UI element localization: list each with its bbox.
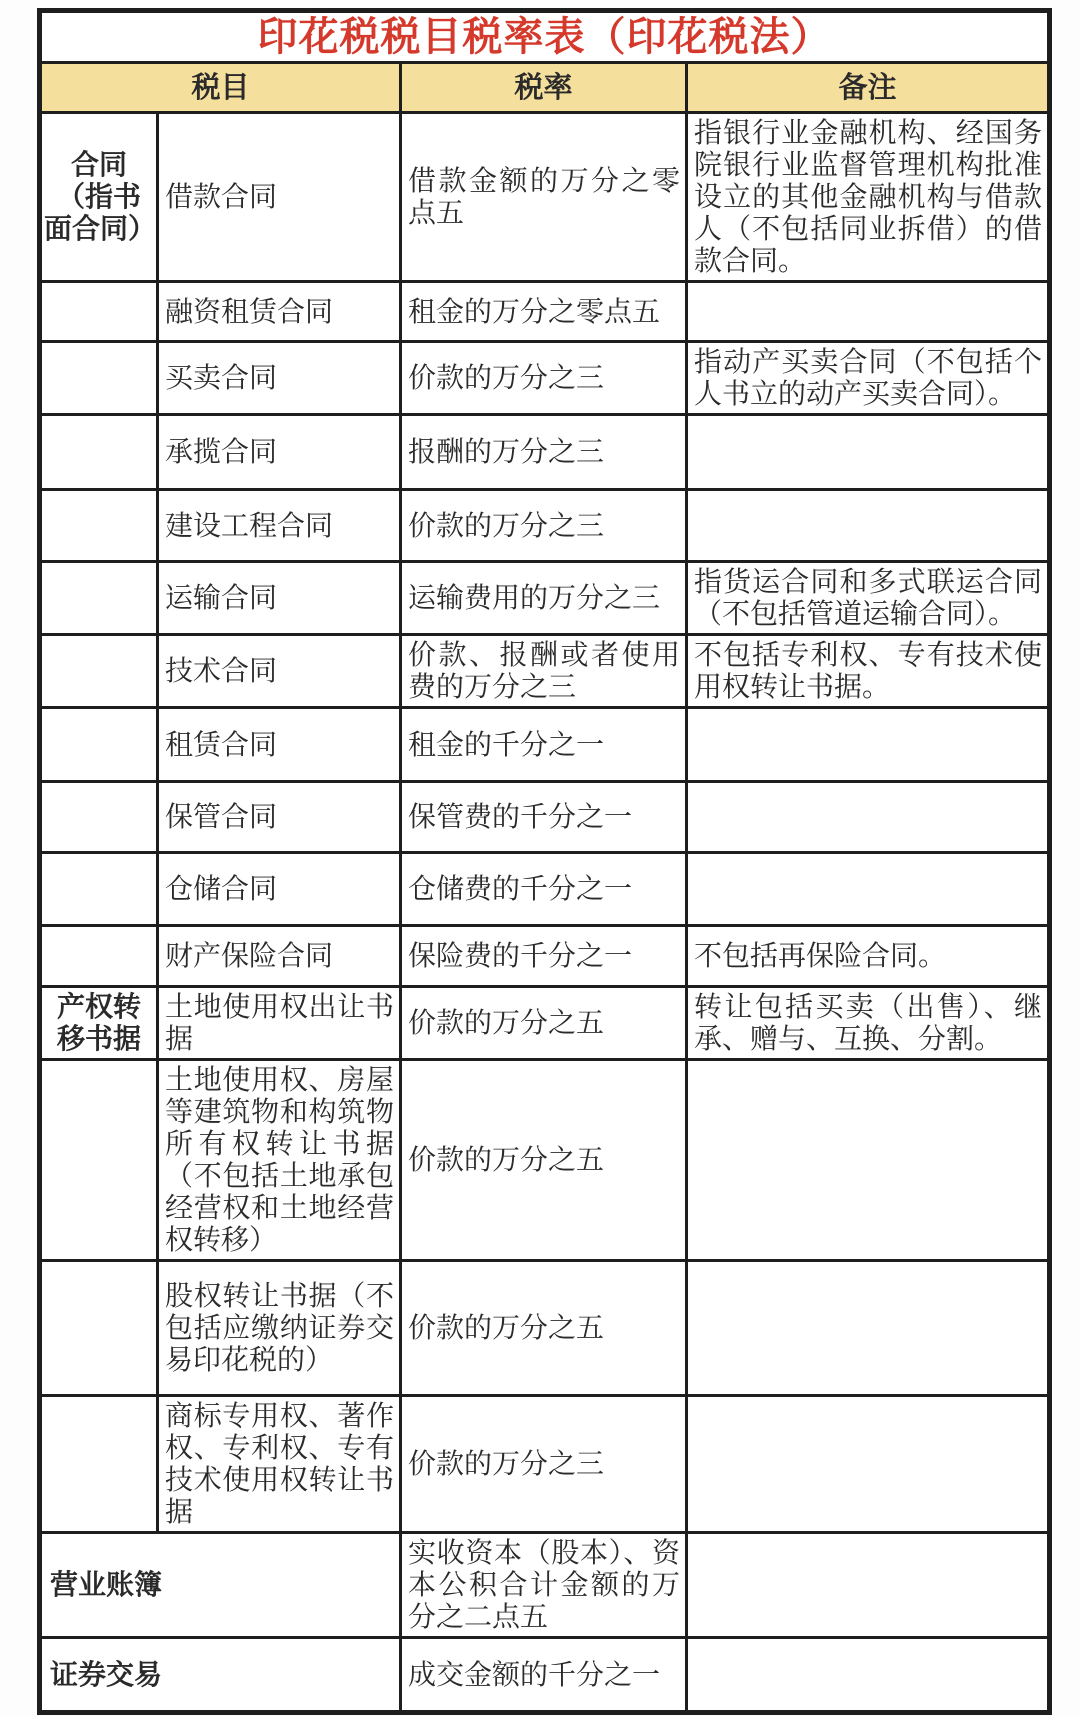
- table-row: 买卖合同 价款的万分之三 指动产买卖合同（不包括个人书立的动产买卖合同）。: [40, 342, 1050, 415]
- table-row: 承揽合同 报酬的万分之三: [40, 415, 1050, 490]
- cell-item: 融资租赁合同: [158, 282, 401, 342]
- cell-category: [40, 562, 158, 635]
- cell-rate: 保管费的千分之一: [401, 782, 687, 853]
- cell-category: 营业账簿: [40, 1533, 401, 1638]
- cell-rate: 运输费用的万分之三: [401, 562, 687, 635]
- table-row: 运输合同 运输费用的万分之三 指货运合同和多式联运合同（不包括管道运输合同）。: [40, 562, 1050, 635]
- cell-item: 承揽合同: [158, 415, 401, 490]
- table-row: 产权转移书据 土地使用权出让书据 价款的万分之五 转让包括买卖（出售）、继承、赠…: [40, 987, 1050, 1060]
- table-row: 营业账簿 实收资本（股本）、资本公积合计金额的万分之二点五: [40, 1533, 1050, 1638]
- cell-rate: 仓储费的千分之一: [401, 853, 687, 926]
- cell-note: [687, 1396, 1050, 1533]
- cell-category: 合同（指书面合同）: [40, 113, 158, 282]
- cell-rate: 租金的万分之零点五: [401, 282, 687, 342]
- cell-category: [40, 342, 158, 415]
- cell-note: [687, 853, 1050, 926]
- cell-note: [687, 282, 1050, 342]
- cell-category: [40, 490, 158, 562]
- cell-category: [40, 282, 158, 342]
- cell-rate: 报酬的万分之三: [401, 415, 687, 490]
- cell-note: [687, 1060, 1050, 1261]
- cell-rate: 价款的万分之五: [401, 987, 687, 1060]
- cell-rate: 价款、报酬或者使用费的万分之三: [401, 635, 687, 708]
- cell-category: [40, 853, 158, 926]
- cell-category: [40, 415, 158, 490]
- cell-note: [687, 708, 1050, 782]
- column-header-tax-item: 税目: [40, 63, 401, 113]
- cell-item: 仓储合同: [158, 853, 401, 926]
- table-row: 土地使用权、房屋等建筑物和构筑物所有权转让书据（不包括土地承包经营权和土地经营权…: [40, 1060, 1050, 1261]
- cell-note: [687, 415, 1050, 490]
- cell-rate: 价款的万分之五: [401, 1060, 687, 1261]
- table-row: 合同（指书面合同） 借款合同 借款金额的万分之零点五 指银行业金融机构、经国务院…: [40, 113, 1050, 282]
- cell-note: 指银行业金融机构、经国务院银行业监督管理机构批准设立的其他金融机构与借款人（不包…: [687, 113, 1050, 282]
- cell-item: 运输合同: [158, 562, 401, 635]
- cell-item: 借款合同: [158, 113, 401, 282]
- table-row: 融资租赁合同 租金的万分之零点五: [40, 282, 1050, 342]
- cell-item: 土地使用权、房屋等建筑物和构筑物所有权转让书据（不包括土地承包经营权和土地经营权…: [158, 1060, 401, 1261]
- cell-category: 产权转移书据: [40, 987, 158, 1060]
- cell-rate: 价款的万分之三: [401, 342, 687, 415]
- cell-category: [40, 926, 158, 987]
- stamp-tax-rate-table: 印花税税目税率表（印花税法） 税目 税率 备注 合同（指书面合同） 借款合同 借…: [37, 8, 1052, 1715]
- column-header-remark: 备注: [687, 63, 1050, 113]
- column-header-tax-rate: 税率: [401, 63, 687, 113]
- cell-rate: 保险费的千分之一: [401, 926, 687, 987]
- cell-category: [40, 635, 158, 708]
- cell-note: [687, 1261, 1050, 1396]
- title-row: 印花税税目税率表（印花税法）: [40, 11, 1050, 63]
- table-row: 租赁合同 租金的千分之一: [40, 708, 1050, 782]
- cell-note: [687, 782, 1050, 853]
- cell-rate: 价款的万分之三: [401, 1396, 687, 1533]
- table-row: 证券交易 成交金额的千分之一: [40, 1638, 1050, 1713]
- table-row: 保管合同 保管费的千分之一: [40, 782, 1050, 853]
- table-row: 仓储合同 仓储费的千分之一: [40, 853, 1050, 926]
- table-row: 技术合同 价款、报酬或者使用费的万分之三 不包括专利权、专有技术使用权转让书据。: [40, 635, 1050, 708]
- table-row: 股权转让书据（不包括应缴纳证券交易印花税的） 价款的万分之五: [40, 1261, 1050, 1396]
- cell-note: [687, 490, 1050, 562]
- cell-rate: 借款金额的万分之零点五: [401, 113, 687, 282]
- cell-item: 商标专用权、著作权、专利权、专有技术使用权转让书据: [158, 1396, 401, 1533]
- cell-rate: 价款的万分之五: [401, 1261, 687, 1396]
- cell-category: [40, 1261, 158, 1396]
- page-title: 印花税税目税率表（印花税法）: [40, 11, 1050, 63]
- table-row: 财产保险合同 保险费的千分之一 不包括再保险合同。: [40, 926, 1050, 987]
- cell-category: 证券交易: [40, 1638, 401, 1713]
- cell-item: 财产保险合同: [158, 926, 401, 987]
- cell-note: 指动产买卖合同（不包括个人书立的动产买卖合同）。: [687, 342, 1050, 415]
- cell-item: 股权转让书据（不包括应缴纳证券交易印花税的）: [158, 1261, 401, 1396]
- cell-note: [687, 1533, 1050, 1638]
- cell-item: 买卖合同: [158, 342, 401, 415]
- cell-category: [40, 1060, 158, 1261]
- cell-item: 保管合同: [158, 782, 401, 853]
- cell-note: 不包括再保险合同。: [687, 926, 1050, 987]
- cell-item: 建设工程合同: [158, 490, 401, 562]
- cell-note: 指货运合同和多式联运合同（不包括管道运输合同）。: [687, 562, 1050, 635]
- cell-category: [40, 1396, 158, 1533]
- table-row: 建设工程合同 价款的万分之三: [40, 490, 1050, 562]
- header-row: 税目 税率 备注: [40, 63, 1050, 113]
- cell-item: 租赁合同: [158, 708, 401, 782]
- cell-rate: 租金的千分之一: [401, 708, 687, 782]
- cell-item: 土地使用权出让书据: [158, 987, 401, 1060]
- cell-rate: 实收资本（股本）、资本公积合计金额的万分之二点五: [401, 1533, 687, 1638]
- cell-rate: 价款的万分之三: [401, 490, 687, 562]
- cell-category: [40, 782, 158, 853]
- cell-rate: 成交金额的千分之一: [401, 1638, 687, 1713]
- cell-category: [40, 708, 158, 782]
- cell-note: 不包括专利权、专有技术使用权转让书据。: [687, 635, 1050, 708]
- cell-note: [687, 1638, 1050, 1713]
- cell-item: 技术合同: [158, 635, 401, 708]
- table-row: 商标专用权、著作权、专利权、专有技术使用权转让书据 价款的万分之三: [40, 1396, 1050, 1533]
- cell-note: 转让包括买卖（出售）、继承、赠与、互换、分割。: [687, 987, 1050, 1060]
